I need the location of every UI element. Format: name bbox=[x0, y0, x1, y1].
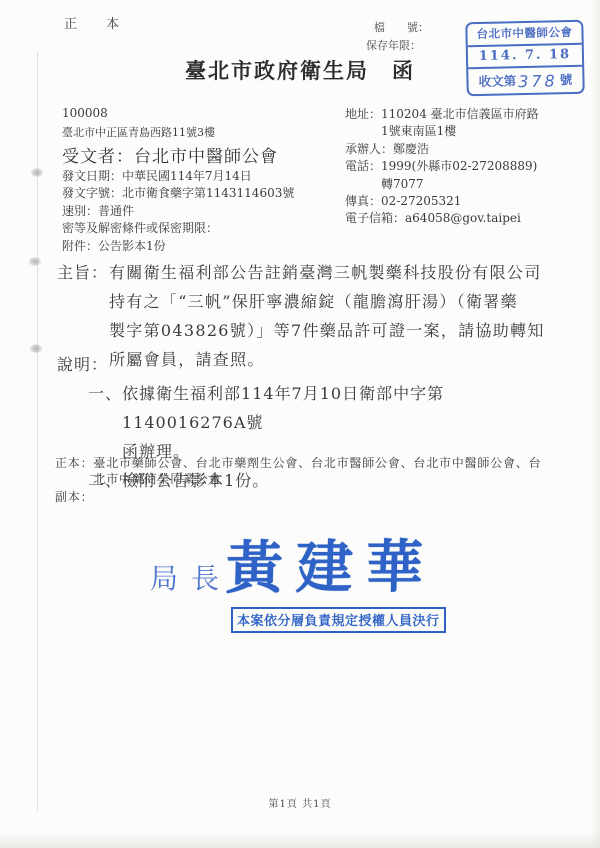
binding-dotted-line bbox=[37, 52, 38, 812]
scan-smudge bbox=[31, 168, 43, 177]
explanation-label: 說明： bbox=[57, 350, 557, 379]
contact-block: 地址：110204 臺北市信義區市府路 1號東南區1樓 承辦人：鄭慶浩 電話：1… bbox=[345, 106, 575, 228]
scan-shadow-bottom bbox=[0, 832, 600, 848]
director-general-title: 局長 bbox=[150, 557, 232, 597]
original-recipients-row: 正本：臺北市藥師公會、台北市藥劑生公會、台北市醫師公會、台北市中醫師公會、台 北… bbox=[55, 456, 555, 487]
recipient-address: 臺北市中正區青島西路11號3樓 bbox=[62, 124, 215, 140]
contact-email-row: 電子信箱：a64058@gov.taipei bbox=[345, 210, 575, 227]
copy-recipients-row: 副本： bbox=[55, 490, 555, 506]
contact-person-row: 承辦人：鄭慶浩 bbox=[345, 141, 575, 158]
classification-line: 密等及解密條件或保密期限： bbox=[62, 220, 294, 237]
contact-fax-row: 傳真：02-27205321 bbox=[345, 193, 575, 210]
copy-type-label: 正 本 bbox=[64, 13, 127, 32]
issue-date-line: 發文日期：中華民國114年7月14日 bbox=[62, 168, 294, 185]
explanation-item-1: 一、依據衛生福利部114年7月10日衛部中字第1140016276A號 函辦理。 bbox=[88, 379, 557, 466]
scan-smudge bbox=[29, 257, 41, 266]
issue-number-line: 發文字號：北市衛食藥字第1143114603號 bbox=[62, 185, 294, 202]
distribution-section: 正本：臺北市藥師公會、台北市藥劑生公會、台北市醫師公會、台北市中醫師公會、台 北… bbox=[55, 456, 555, 509]
scan-shadow-right bbox=[590, 0, 600, 848]
priority-line: 速別：普通件 bbox=[62, 203, 294, 220]
authorization-stamp: 本案依分層負責規定授權人員決行 bbox=[231, 607, 446, 633]
document-title: 臺北市政府衛生局 函 bbox=[0, 55, 600, 85]
attachment-line: 附件：公告影本1份 bbox=[62, 238, 294, 255]
document-page: 正 本 檔 號： 保存年限： 台北市中醫師公會 114. 7. 18 收文第37… bbox=[0, 0, 600, 848]
recipient-code: 100008 bbox=[62, 106, 108, 120]
file-number-label: 檔 號： bbox=[374, 19, 429, 35]
document-meta: 發文日期：中華民國114年7月14日 發文字號：北市衛食藥字第114311460… bbox=[62, 168, 294, 255]
page-number: 第1頁 共1頁 bbox=[0, 795, 600, 810]
director-general-signature: 黃建華 bbox=[225, 521, 437, 605]
signature-block: 局長 黃建華 本案依分層負責規定授權人員決行 bbox=[0, 530, 600, 645]
retention-period-label: 保存年限： bbox=[366, 37, 421, 53]
scan-smudge bbox=[30, 344, 42, 353]
contact-address-row: 地址：110204 臺北市信義區市府路 1號東南區1樓 bbox=[345, 106, 575, 141]
contact-phone-row: 電話：1999(外縣市02-27208889) 轉7077 bbox=[345, 158, 575, 193]
receipt-stamp-org: 台北市中醫師公會 bbox=[467, 22, 581, 47]
recipient-name: 受文者：台北市中醫師公會 bbox=[62, 142, 278, 167]
